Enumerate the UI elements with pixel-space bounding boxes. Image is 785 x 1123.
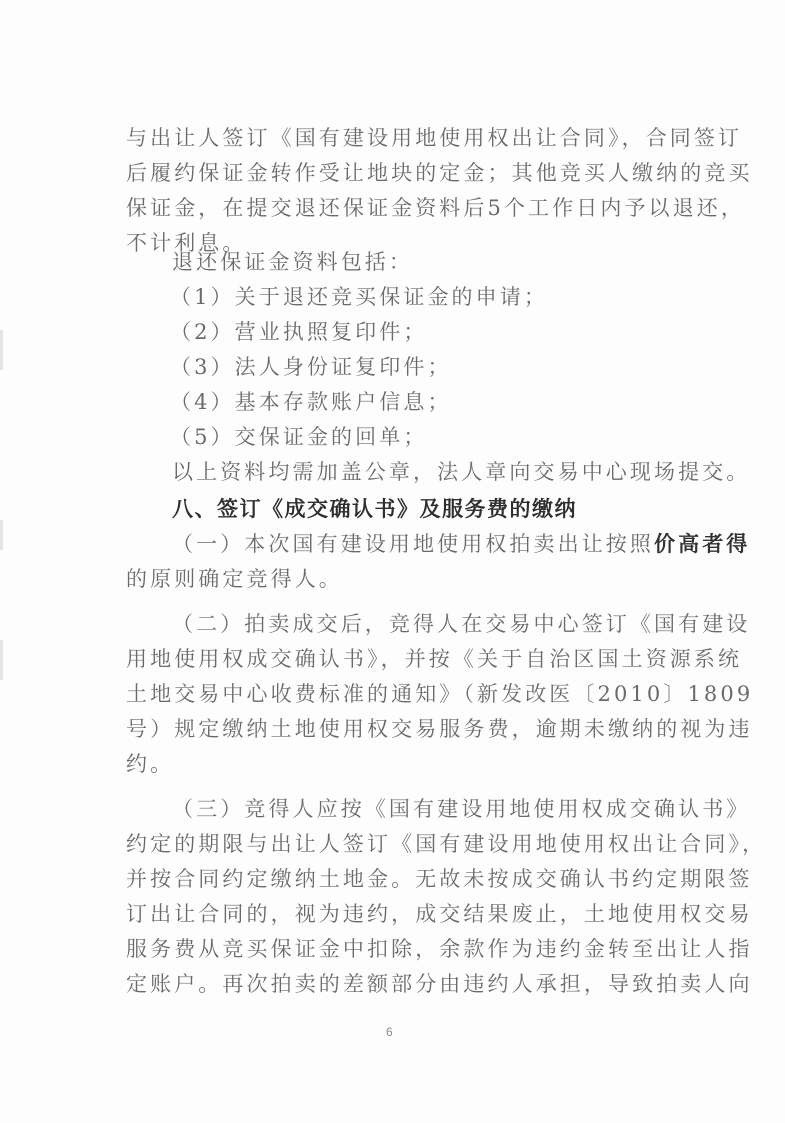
refund-materials-note: 以上资料均需加盖公章，法人章向交易中心现场提交。 xyxy=(172,455,712,489)
scan-edge-mark xyxy=(0,640,3,680)
page-number: 6 xyxy=(386,1025,393,1039)
refund-material-item: （5）交保证金的回单； xyxy=(170,420,710,454)
body-line: 与出让人签订《国有建设用地使用权出让合同》，合同签订 xyxy=(126,121,666,155)
body-line: 后履约保证金转作受让地块的定金；其他竞买人缴纳的竞买 xyxy=(126,156,666,190)
section-8-para-3-line: 定账户。再次拍卖的差额部分由违约人承担，导致拍卖人向 xyxy=(126,967,666,1001)
refund-material-item: （1）关于退还竞买保证金的申请； xyxy=(170,280,710,314)
section-8-para-3-line: 订出让合同的，视为违约，成交结果废止，土地使用权交易 xyxy=(126,897,666,931)
refund-material-item: （4）基本存款账户信息； xyxy=(170,385,710,419)
section-8-para-1-line: （一）本次国有建设用地使用权拍卖出让按照价高者得 xyxy=(172,527,712,561)
section-8-para-3-line: 并按合同约定缴纳土地金。无故未按成交确认书约定期限签 xyxy=(126,862,666,896)
scan-edge-mark xyxy=(0,520,3,550)
document-page: 与出让人签订《国有建设用地使用权出让合同》，合同签订 后履约保证金转作受让地块的… xyxy=(0,0,785,1123)
section-8-para-2-line: 号）规定缴纳土地使用权交易服务费，逾期未缴纳的视为违 xyxy=(126,712,666,746)
section-8-para-2-line: （二）拍卖成交后，竞得人在交易中心签订《国有建设 xyxy=(172,607,712,641)
section-8-para-3-line: 约定的期限与出让人签订《国有建设用地使用权出让合同》， xyxy=(126,827,666,861)
scan-edge-mark xyxy=(0,330,3,370)
para-1-text: （一）本次国有建设用地使用权拍卖出让按照 xyxy=(172,532,654,556)
para-1-emphasis: 价高者得 xyxy=(654,532,750,556)
section-8-para-2-line: 土地交易中心收费标准的通知》（新发改医〔2010〕1809 xyxy=(126,677,666,711)
refund-material-item: （3）法人身份证复印件； xyxy=(170,350,710,384)
section-8-para-3-line: 服务费从竞买保证金中扣除，余款作为违约金转至出让人指 xyxy=(126,932,666,966)
section-8-para-2-line: 用地使用权成交确认书》，并按《关于自治区国土资源系统 xyxy=(126,642,666,676)
section-8-para-2-line: 约。 xyxy=(126,747,666,781)
section-8-para-1-line: 的原则确定竞得人。 xyxy=(126,562,666,596)
section-heading: 八、签订《成交确认书》及服务费的缴纳 xyxy=(172,492,712,526)
body-line: 保证金，在提交退还保证金资料后5个工作日内予以退还， xyxy=(126,191,666,225)
refund-materials-intro: 退还保证金资料包括： xyxy=(172,245,712,279)
section-8-para-3-line: （三）竞得人应按《国有建设用地使用权成交确认书》 xyxy=(172,792,712,826)
refund-material-item: （2）营业执照复印件； xyxy=(170,315,710,349)
